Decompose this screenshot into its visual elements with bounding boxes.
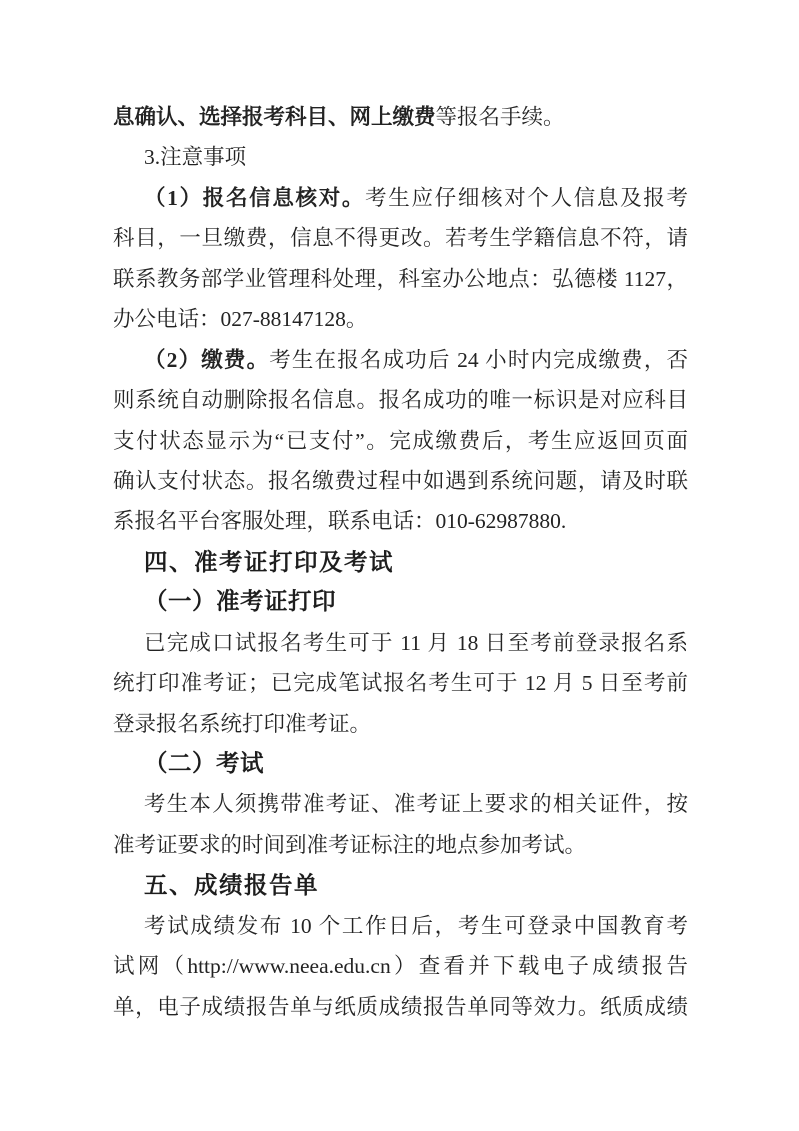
text-line: 3.注意事项 [113, 137, 688, 177]
text-segment: 登录报名系统打印准考证。 [113, 712, 371, 736]
text-segment: （一）准考证打印 [144, 589, 336, 615]
text-line: 准考证要求的时间到准考证标注的地点参加考试。 [113, 825, 688, 865]
text-segment: 考生应仔细核对个人信息及报考 [365, 186, 688, 210]
text-line: 息确认、选择报考科目、网上缴费等报名手续。 [113, 97, 688, 137]
text-line: 支付状态显示为“已支付”。完成缴费后，考生应返回页面 [113, 421, 688, 461]
text-segment: 则系统自动删除报名信息。报名成功的唯一标识是对应科目 [113, 388, 688, 412]
text-segment: 办公电话：027-88147128。 [113, 307, 367, 331]
text-line: 确认支付状态。报名缴费过程中如遇到系统问题，请及时联 [113, 461, 688, 501]
text-segment: 联系教务部学业管理科处理，科室办公地点：弘德楼 1127， [113, 267, 688, 291]
text-line: 登录报名系统打印准考证。 [113, 704, 688, 744]
text-line: 统打印准考证；已完成笔试报名考生可于 12 月 5 日至考前 [113, 663, 688, 703]
text-line: 联系教务部学业管理科处理，科室办公地点：弘德楼 1127， [113, 259, 688, 299]
text-line: 考试成绩发布 10 个工作日后，考生可登录中国教育考 [113, 906, 688, 946]
text-segment: 准考证要求的时间到准考证标注的地点参加考试。 [113, 833, 586, 857]
text-segment: 四、准考证打印及考试 [144, 549, 394, 575]
text-segment: 考生本人须携带准考证、准考证上要求的相关证件，按 [144, 792, 688, 816]
document-page: 息确认、选择报考科目、网上缴费等报名手续。3.注意事项（1）报名信息核对。考生应… [0, 0, 799, 1131]
document-text-block: 息确认、选择报考科目、网上缴费等报名手续。3.注意事项（1）报名信息核对。考生应… [113, 97, 688, 1027]
text-segment: （2）缴费。 [144, 348, 269, 372]
text-line: 科目，一旦缴费，信息不得更改。若考生学籍信息不符，请 [113, 218, 688, 258]
text-segment: 考试成绩发布 10 个工作日后，考生可登录中国教育考 [144, 914, 688, 938]
text-line: 单，电子成绩报告单与纸质成绩报告单同等效力。纸质成绩 [113, 987, 688, 1027]
text-segment: 科目，一旦缴费，信息不得更改。若考生学籍信息不符，请 [113, 226, 688, 250]
text-segment: 系报名平台客服处理，联系电话：010-62987880. [113, 509, 566, 533]
text-line: 五、成绩报告单 [113, 865, 688, 905]
text-segment: 3.注意事项 [144, 145, 246, 169]
text-segment: 五、成绩报告单 [144, 872, 319, 898]
text-segment: 息确认、选择报考科目、网上缴费 [113, 105, 436, 129]
text-segment: （二）考试 [144, 751, 264, 777]
text-segment: （1）报名信息核对。 [144, 186, 365, 210]
text-line: （1）报名信息核对。考生应仔细核对个人信息及报考 [113, 178, 688, 218]
text-segment: 单，电子成绩报告单与纸质成绩报告单同等效力。纸质成绩 [113, 995, 688, 1019]
text-line: （一）准考证打印 [113, 582, 688, 622]
text-line: 则系统自动删除报名信息。报名成功的唯一标识是对应科目 [113, 380, 688, 420]
text-line: 系报名平台客服处理，联系电话：010-62987880. [113, 501, 688, 541]
text-segment: 支付状态显示为“已支付”。完成缴费后，考生应返回页面 [113, 429, 688, 453]
text-line: （2）缴费。考生在报名成功后 24 小时内完成缴费，否 [113, 340, 688, 380]
text-segment: 已完成口试报名考生可于 11 月 18 日至考前登录报名系 [144, 631, 688, 655]
text-line: （二）考试 [113, 744, 688, 784]
text-segment: 等报名手续。 [436, 105, 565, 129]
text-line: 已完成口试报名考生可于 11 月 18 日至考前登录报名系 [113, 623, 688, 663]
text-segment: 试网（http://www.neea.edu.cn）查看并下载电子成绩报告 [113, 954, 688, 978]
text-segment: 确认支付状态。报名缴费过程中如遇到系统问题，请及时联 [113, 469, 688, 493]
text-segment: 统打印准考证；已完成笔试报名考生可于 12 月 5 日至考前 [113, 671, 688, 695]
text-line: 试网（http://www.neea.edu.cn）查看并下载电子成绩报告 [113, 946, 688, 986]
text-line: 办公电话：027-88147128。 [113, 299, 688, 339]
text-segment: 考生在报名成功后 24 小时内完成缴费，否 [269, 348, 688, 372]
text-line: 四、准考证打印及考试 [113, 542, 688, 582]
text-line: 考生本人须携带准考证、准考证上要求的相关证件，按 [113, 784, 688, 824]
